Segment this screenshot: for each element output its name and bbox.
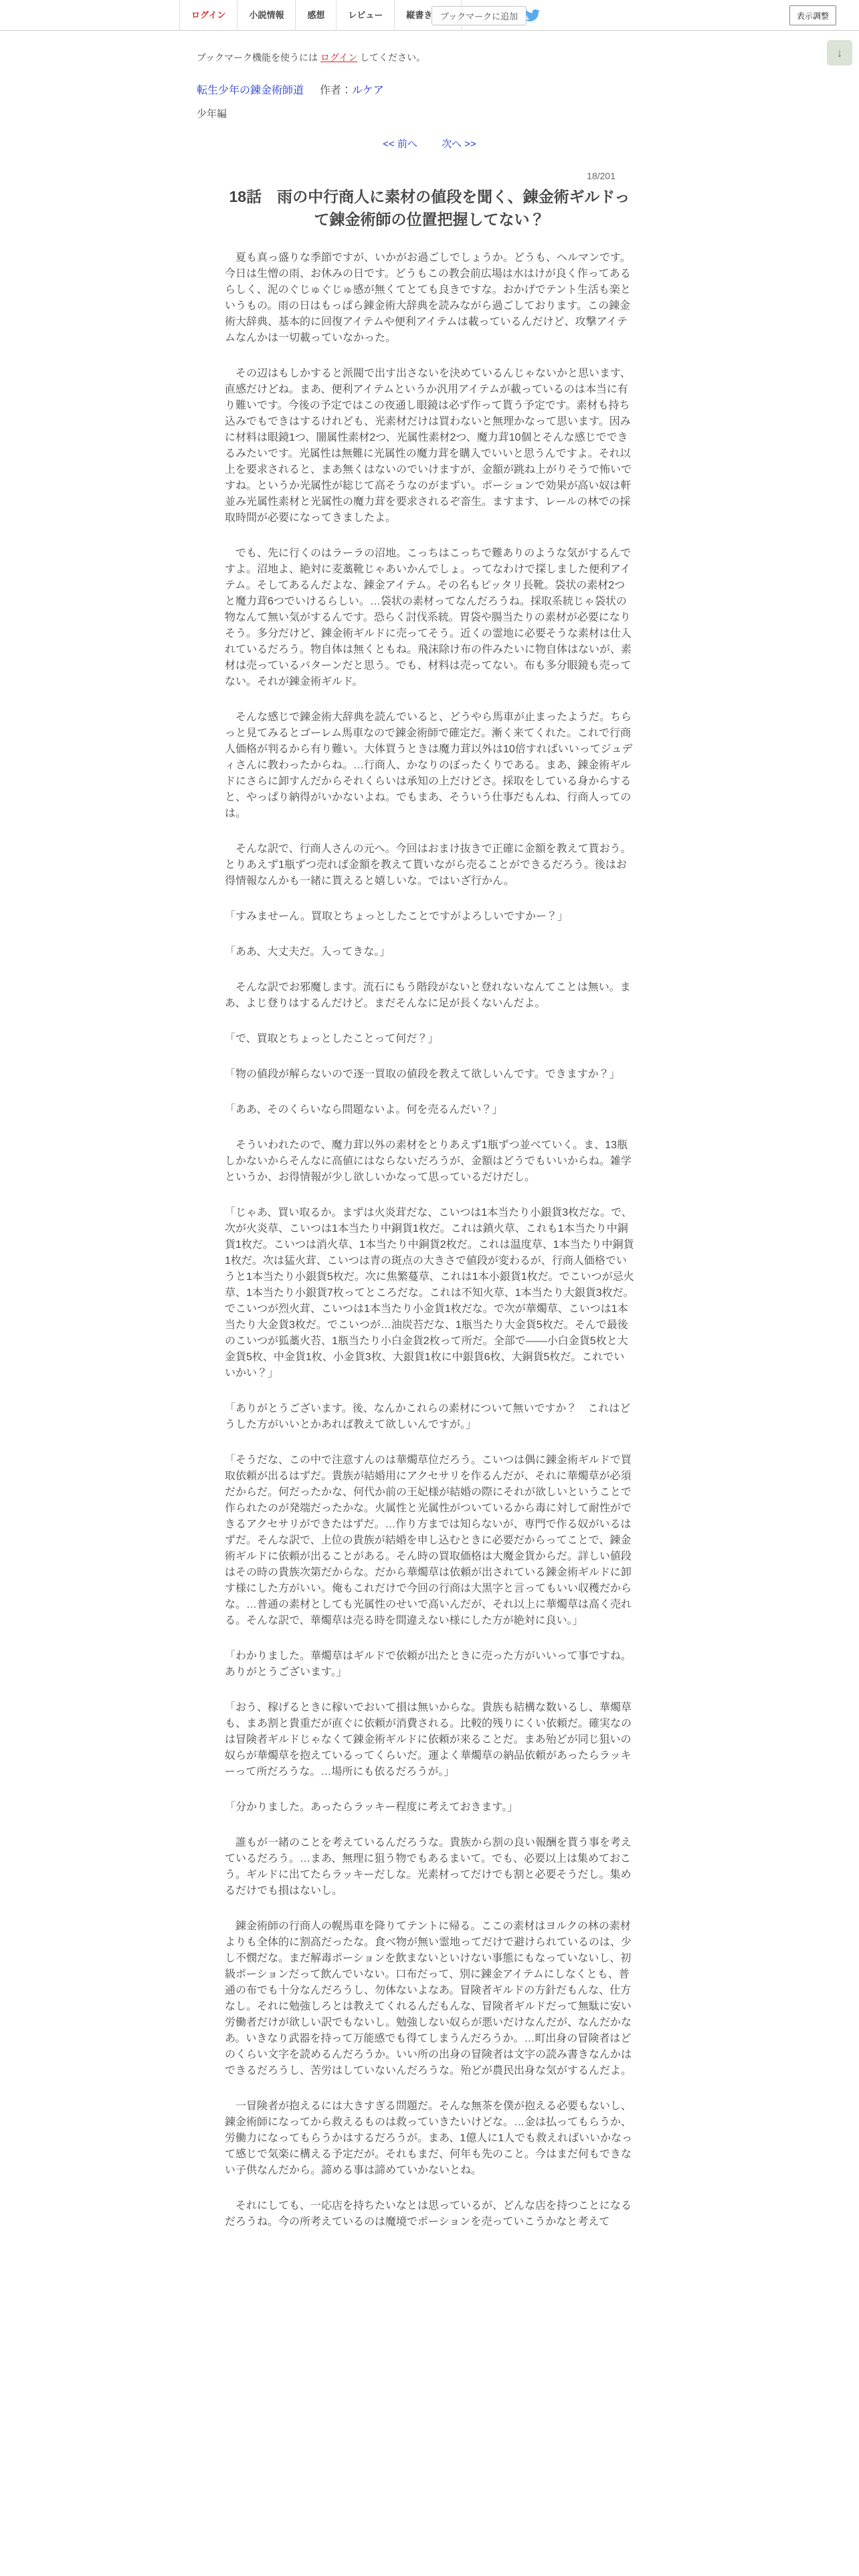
novel-body: 夏も真っ盛りな季節ですが、いかがお過ごしでしょうか。どうも、ヘルマンです。今日は… xyxy=(225,250,634,2230)
chapter-group-title: 少年編 xyxy=(197,106,859,120)
novel-paragraph: 「ああ、そのくらいなら問題ないよ。何を売るんだい？」 xyxy=(225,1102,634,1118)
novel-paragraph: 「おう、稼げるときに稼いでおいて損は無いからな。貴族も結構な数いるし、華燭草も、… xyxy=(225,1700,634,1780)
author-name-link[interactable]: ルケア xyxy=(352,85,384,96)
novel-paragraph: 「すみませーん。買取とちょっとしたことですがよろしいですかー？」 xyxy=(225,909,634,925)
novel-paragraph: 「物の値段が解らないので逐一買取の値段を教えて欲しいんです。できますか？」 xyxy=(225,1067,634,1083)
novel-paragraph: それにしても、一応店を持ちたいなとは思っているが、どんな店を持つことになるだろう… xyxy=(225,2198,634,2230)
breadcrumb: 転生少年の錬金術師道作者：ルケア xyxy=(197,82,859,97)
notice-prefix: ブックマーク機能を使うには xyxy=(197,52,320,63)
novel-paragraph: そんな訳でお邪魔します。流石にもう階段がないと登れないなんてことは無い。まあ、よ… xyxy=(225,980,634,1012)
prev-chapter-link[interactable]: << 前へ xyxy=(383,138,417,150)
novel-paragraph: そんな訳で、行商人さんの元へ。今回はおまけ抜きで正確に金額を教えて貰おう。とりあ… xyxy=(225,841,634,889)
header-tabs: ログイン 小説情報 感想 レビュー 縦書きPDF xyxy=(179,0,462,31)
novel-paragraph: 一冒険者が抱えるには大きすぎる問題だ。そんな無茶を僕が抱える必要もないし、錬金術… xyxy=(225,2099,634,2179)
novel-paragraph: 「そうだな、この中で注意すんのは華燭草位だろう。こいつは偶に錬金術ギルドで買取依… xyxy=(225,1453,634,1629)
chapter-pager: << 前へ 次へ >> xyxy=(225,136,634,150)
add-bookmark-button[interactable]: ブックマークに追加 xyxy=(432,6,527,25)
down-arrow-icon: ↓ xyxy=(837,46,843,60)
novel-paragraph: 「わかりました。華燭草はギルドで依頼が出たときに売った方がいいって事ですね。あり… xyxy=(225,1648,634,1681)
novel-paragraph: でも、先に行くのはラーラの沼地。こっちはこっちで難ありのような気がするんですよ。… xyxy=(225,546,634,690)
top-nav-bar: ログイン 小説情報 感想 レビュー 縦書きPDF ブックマークに追加 表示調整 xyxy=(0,0,859,31)
novel-paragraph: その辺はもしかすると派閥で出す出さないを決めているんじゃないかと思います、直感だ… xyxy=(225,366,634,526)
display-settings-button[interactable]: 表示調整 xyxy=(789,5,836,25)
novel-paragraph: そういわれたので、魔力茸以外の素材をとりあえず1瓶ずつ並べていく。ま、13瓶しか… xyxy=(225,1138,634,1186)
notice-suffix: してください。 xyxy=(357,52,425,63)
scroll-down-button[interactable]: ↓ xyxy=(827,40,852,66)
author-label: 作者： xyxy=(320,85,352,96)
novel-paragraph: 誰もが一緒のことを考えているんだろうな。貴族から割の良い報酬を貰う事を考えている… xyxy=(225,1835,634,1899)
novel-paragraph: 「じゃあ、買い取るか。まずは火炎茸だな、こいつは1本当たり小銀貨3枚だな。で、次… xyxy=(225,1205,634,1382)
series-title-link[interactable]: 転生少年の錬金術師道 xyxy=(197,85,304,96)
chapter-title: 18話 雨の中行商人に素材の値段を聞く、錬金術ギルドって錬金術師の位置把握してな… xyxy=(225,185,634,231)
novel-paragraph: 「で、買取とちょっとしたことって何だ？」 xyxy=(225,1031,634,1047)
novel-reader-page: ログイン 小説情報 感想 レビュー 縦書きPDF ブックマークに追加 表示調整 … xyxy=(0,0,859,2576)
meta-block: ブックマーク機能を使うには ログイン してください。 転生少年の錬金術師道作者：… xyxy=(197,51,859,120)
next-chapter-link[interactable]: 次へ >> xyxy=(442,138,476,150)
tab-reviews[interactable]: レビュー xyxy=(336,0,394,31)
twitter-icon[interactable] xyxy=(524,8,541,23)
chapter-pagination: 18/201 xyxy=(225,171,634,181)
novel-paragraph: 錬金術師の行商人の幌馬車を降りてテントに帰る。ここの素材はヨルクの林の素材よりも… xyxy=(225,1919,634,2079)
novel-paragraph: 「ありがとうございます。後、なんかこれらの素材について無いですか？ これはどうし… xyxy=(225,1401,634,1433)
novel-paragraph: そんな感じで錬金術大辞典を読んでいると、どうやら馬車が止まったようだ。ちらっと見… xyxy=(225,710,634,822)
chapter-content: << 前へ 次へ >> 18/201 18話 雨の中行商人に素材の値段を聞く、錬… xyxy=(225,136,634,2230)
tab-impressions[interactable]: 感想 xyxy=(295,0,336,31)
tab-login[interactable]: ログイン xyxy=(179,0,237,31)
bookmark-login-notice: ブックマーク機能を使うには ログイン してください。 xyxy=(197,51,859,64)
login-link[interactable]: ログイン xyxy=(320,52,357,63)
tab-novel-info[interactable]: 小説情報 xyxy=(237,0,295,31)
novel-paragraph: 夏も真っ盛りな季節ですが、いかがお過ごしでしょうか。どうも、ヘルマンです。今日は… xyxy=(225,250,634,346)
novel-paragraph: 「ああ、大丈夫だ。入ってきな。」 xyxy=(225,944,634,960)
novel-paragraph: 「分かりました。あったらラッキー程度に考えておきます。」 xyxy=(225,1800,634,1816)
